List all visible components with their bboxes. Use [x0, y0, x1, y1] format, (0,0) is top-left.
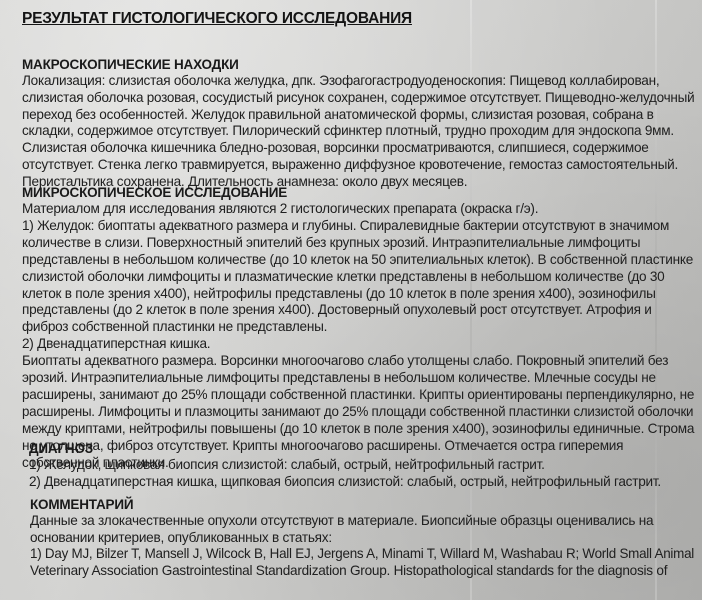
- report-line: 2) Двенадцатиперстная кишка, щипковая би…: [29, 474, 661, 490]
- report-line: не утолщена, фиброз отсутствует. Крипты …: [22, 438, 623, 454]
- report-line: расширены. Лимфоциты и плазмоциты занима…: [22, 404, 693, 420]
- report-line: переход без особенностей. Желудок правил…: [22, 107, 654, 123]
- section-heading-comment: КОММЕНТАРИЙ: [30, 497, 133, 512]
- report-line: слизистая оболочка розовая, сосудистый р…: [22, 90, 694, 106]
- report-line: Veterinary Association Gastrointestinal …: [30, 563, 667, 579]
- report-line: Биоптаты адекватного размера. Ворсинки м…: [22, 353, 668, 369]
- report-line: 1) Желудок: биоптаты адекватного размера…: [22, 218, 669, 234]
- report-line: отсутствует. Стенка легко травмируется, …: [22, 157, 678, 173]
- section-heading-macro: МАКРОСКОПИЧЕСКИЕ НАХОДКИ: [22, 57, 239, 72]
- report-line: 1) Желудок, щипковая биопсия слизистой: …: [29, 457, 545, 473]
- report-line: Слизистая оболочка кишечника бледно-розо…: [22, 140, 649, 156]
- report-line: между криптами, нейтрофилы повышены (до …: [22, 421, 694, 437]
- section-heading-diagnosis: ДИАГНОЗ: [29, 441, 93, 456]
- report-line: Материалом для исследования являются 2 г…: [22, 201, 538, 217]
- report-line: фиброз собственной пластинки не представ…: [22, 319, 327, 335]
- report-line: эрозий. Интраэпителиальные лимфоциты пре…: [22, 370, 656, 386]
- report-line: слизистой оболочки лимфоциты и плазматич…: [22, 269, 665, 285]
- report-line: Локализация: слизистая оболочка желудка,…: [22, 73, 659, 89]
- section-heading-micro: МИКРОСКОПИЧЕСКОЕ ИССЛЕДОВАНИЕ: [22, 185, 287, 200]
- report-line: расширены, занимают до 25% площади собст…: [22, 387, 694, 403]
- report-line: основании критериев, опубликованных в ст…: [30, 530, 332, 546]
- report-line: представлены в небольшом количестве (до …: [22, 252, 693, 268]
- report-title: РЕЗУЛЬТАТ ГИСТОЛОГИЧЕСКОГО ИССЛЕДОВАНИЯ: [22, 10, 412, 28]
- report-line: Данные за злокачественные опухоли отсутс…: [30, 513, 653, 529]
- report-line: 1) Day MJ, Bilzer T, Mansell J, Wilcock …: [30, 546, 694, 562]
- report-line: представлены (до 2 клеток в поле зрения …: [22, 302, 652, 318]
- report-line: клеток в поле зрения х400), нейтрофилы п…: [22, 286, 656, 302]
- report-line: 2) Двенадцатиперстная кишка.: [22, 336, 210, 352]
- report-line: складки, содержимое отсутствует. Пилорич…: [22, 123, 674, 139]
- report-line: количестве в слизи. Поверхностный эпител…: [22, 235, 640, 251]
